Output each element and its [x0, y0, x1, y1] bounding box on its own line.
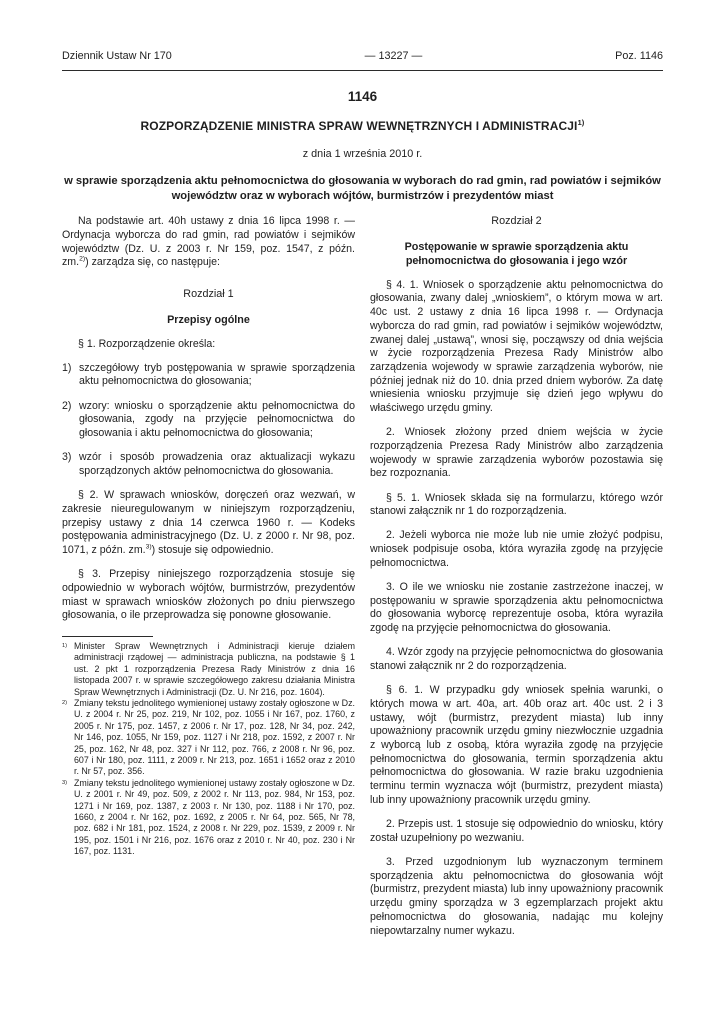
paragraph-5-1: § 5. 1. Wniosek składa się na formularzu… — [370, 492, 663, 519]
section-2-paragraph: § 2. W sprawach wniosków, doręczeń oraz … — [62, 489, 355, 558]
running-head: Dziennik Ustaw Nr 170 — 13227 — Poz. 114… — [62, 50, 663, 63]
footnote-3: 3) Zmiany tekstu jednolitego wymienionej… — [62, 778, 355, 858]
footnotes-block: 1) Minister Spraw Wewnętrznych i Adminis… — [62, 636, 355, 858]
list-item-1: 1) szczegółowy tryb postępowania w spraw… — [62, 362, 355, 389]
title-footnote-ref: 1) — [577, 118, 584, 127]
footnote-1-text: Minister Spraw Wewnętrznych i Administra… — [74, 641, 355, 697]
page-number: — 13227 — — [365, 50, 423, 63]
right-column: Rozdział 2 Postępowanie w sprawie sporzą… — [370, 215, 663, 938]
chapter-1-title: Przepisy ogólne — [62, 313, 355, 327]
footnote-2-text: Zmiany tekstu jednolitego wymienionej us… — [74, 698, 355, 776]
journal-name: Dziennik Ustaw Nr 170 — [62, 50, 172, 63]
two-column-body: Na podstawie art. 40h ustawy z dnia 16 l… — [62, 215, 663, 938]
paragraph-6-3: 3. Przed uzgodnionym lub wyznaczonym ter… — [370, 856, 663, 938]
act-title: ROZPORZĄDZENIE MINISTRA SPRAW WEWNĘTRZNY… — [62, 119, 663, 133]
list-item-2-text: wzory: wniosku o sporządzenie aktu pełno… — [79, 400, 355, 441]
act-number: 1146 — [62, 89, 663, 104]
footnote-rule — [62, 636, 153, 637]
document-page: Dziennik Ustaw Nr 170 — 13227 — Poz. 114… — [0, 0, 725, 1024]
act-title-text: ROZPORZĄDZENIE MINISTRA SPRAW WEWNĘTRZNY… — [141, 119, 578, 133]
paragraph-4-2: 2. Wniosek złożony przed dniem wejścia w… — [370, 426, 663, 481]
list-item-1-text: szczegółowy tryb postępowania w sprawie … — [79, 362, 355, 389]
paragraph-5-3: 3. O ile we wniosku nie zostanie zastrze… — [370, 581, 663, 636]
list-item-2-number: 2) — [62, 400, 79, 441]
paragraph-5-4: 4. Wzór zgody na przyjęcie pełnomocnictw… — [370, 646, 663, 673]
footnote-1-marker: 1) — [62, 641, 67, 652]
section-2-text-after: ) stosuje się odpowiednio. — [152, 544, 274, 556]
chapter-1-number: Rozdział 1 — [62, 288, 355, 300]
footnote-2-marker: 2) — [62, 698, 67, 709]
section-1-paragraph: § 1. Rozporządzenie określa: — [62, 338, 355, 352]
list-item-3-text: wzór i sposób prowadzenia oraz aktualiza… — [79, 451, 355, 478]
paragraph-6-1: § 6. 1. W przypadku gdy wniosek spełnia … — [370, 684, 663, 807]
intro-paragraph: Na podstawie art. 40h ustawy z dnia 16 l… — [62, 215, 355, 270]
section-3-paragraph: § 3. Przepisy niniejszego rozporządzenia… — [62, 568, 355, 623]
footnote-3-text: Zmiany tekstu jednolitego wymienionej us… — [74, 778, 355, 856]
intro-text-after: ) zarządza się, co następuje: — [85, 256, 220, 268]
paragraph-5-2: 2. Jeżeli wyborca nie może lub nie umie … — [370, 529, 663, 570]
chapter-2-title: Postępowanie w sprawie sporządzenia aktu… — [370, 240, 663, 268]
list-item-3: 3) wzór i sposób prowadzenia oraz aktual… — [62, 451, 355, 478]
position-number: Poz. 1146 — [615, 50, 663, 63]
list-item-2: 2) wzory: wniosku o sporządzenie aktu pe… — [62, 400, 355, 441]
act-date: z dnia 1 września 2010 r. — [62, 148, 663, 160]
act-subject: w sprawie sporządzenia aktu pełnomocnict… — [62, 174, 663, 203]
list-item-3-number: 3) — [62, 451, 79, 478]
header-rule — [62, 70, 663, 71]
footnote-3-marker: 3) — [62, 778, 67, 789]
footnote-2: 2) Zmiany tekstu jednolitego wymienionej… — [62, 698, 355, 778]
chapter-2-number: Rozdział 2 — [370, 215, 663, 227]
left-column: Na podstawie art. 40h ustawy z dnia 16 l… — [62, 215, 355, 938]
footnote-1: 1) Minister Spraw Wewnętrznych i Adminis… — [62, 641, 355, 698]
paragraph-6-2: 2. Przepis ust. 1 stosuje się odpowiedni… — [370, 818, 663, 845]
list-item-1-number: 1) — [62, 362, 79, 389]
paragraph-4-1: § 4. 1. Wniosek o sporządzenie aktu pełn… — [370, 279, 663, 416]
